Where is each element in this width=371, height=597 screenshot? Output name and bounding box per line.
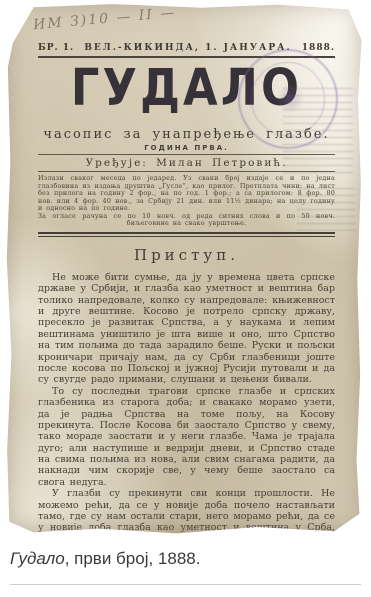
imprint-subscription-text: Излази сваког месеца по једаред. Уз свак… (38, 175, 335, 213)
caption-work-title: Гудало (10, 549, 65, 568)
newspaper-page-scan: ИМ З)10 — II — БР. 1. ВЕЛ.-КИКИНДА, 1. Ј… (5, 3, 363, 535)
photo-caption: Гудало, први број, 1888. (10, 549, 200, 569)
caption-divider-line (10, 584, 361, 585)
caption-suffix: , први број, 1888. (65, 549, 201, 568)
dateline-rule (38, 56, 335, 58)
newspaper-content: БР. 1. ВЕЛ.-КИКИНДА, 1. ЈАНУАРА. 1888. Г… (38, 43, 335, 579)
volume-label: ГОДИНА ПРВА. (38, 144, 335, 152)
article-heading: Приступ. (38, 246, 335, 264)
handwritten-inventory-mark: ИМ З)10 — II — (33, 5, 177, 33)
article-paragraph: То су последњи трагови српске глазбе и с… (38, 386, 335, 489)
article-body: Не може бити сумње, да ју у времена цвет… (38, 272, 335, 580)
newspaper-title: ГУДАЛО (32, 60, 341, 117)
imprint-ads-text: За огласе рачуна се по 10 новч. од реда … (38, 213, 335, 228)
masthead-rule-top (38, 154, 335, 155)
editor-line: Уређује: Милан Петровић. (38, 157, 335, 169)
imprint-block: Излази сваког месеца по једаред. Уз свак… (38, 175, 335, 228)
newspaper-subtitle: часопис за унапређење глазбе. (38, 127, 335, 142)
article-paragraph: Не може бити сумње, да ју у времена цвет… (38, 272, 335, 386)
section-double-rule (38, 232, 335, 237)
issue-number: БР. 1. (38, 43, 74, 53)
masthead-rule-bottom (38, 171, 335, 172)
year: 1888. (302, 43, 335, 53)
place-and-date: ВЕЛ.-КИКИНДА, 1. ЈАНУАРА. (84, 43, 291, 53)
article-paragraph: У глазби су прекинути сви конци прошлост… (38, 488, 335, 545)
masthead-dateline: БР. 1. ВЕЛ.-КИКИНДА, 1. ЈАНУАРА. 1888. (38, 43, 335, 53)
